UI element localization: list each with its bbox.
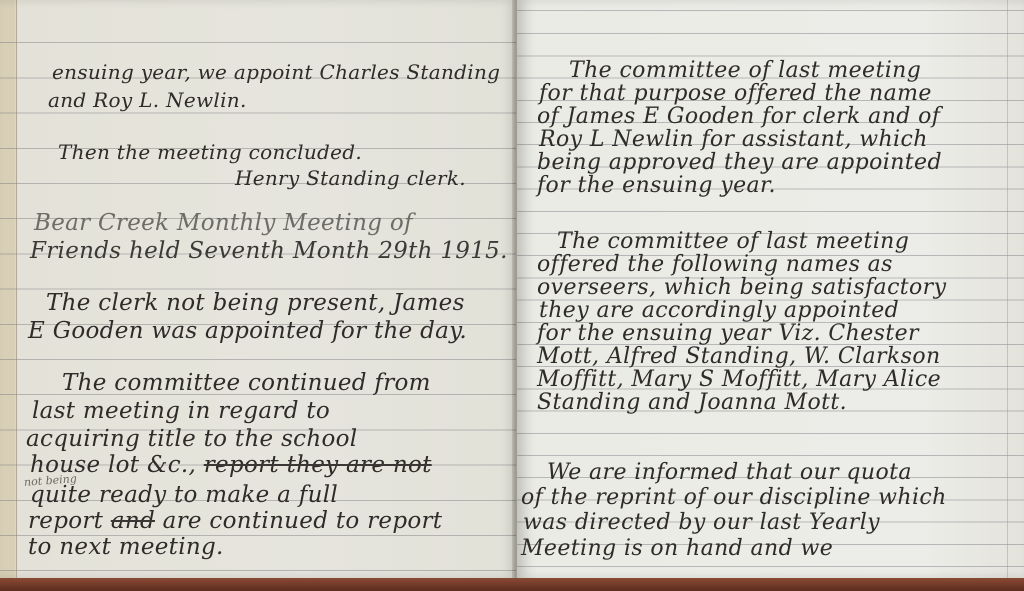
text-line: Moffitt, Mary S Moffitt, Mary Alice bbox=[537, 369, 941, 391]
text-line: to next meeting. bbox=[28, 536, 224, 559]
minute-book-spread: ensuing year, we appoint Charles Standin… bbox=[0, 0, 1024, 591]
text-line: for the ensuing year. bbox=[537, 175, 776, 197]
text-line: The committee of last meeting bbox=[557, 231, 909, 253]
text-fragment: report bbox=[28, 508, 111, 534]
text-line: We are informed that our quota bbox=[547, 462, 912, 484]
text-line-with-strike: house lot &c., report they are not bbox=[30, 454, 432, 477]
text-line: Then the meeting concluded. bbox=[58, 142, 362, 162]
text-line: The committee continued from bbox=[62, 372, 431, 395]
text-line: they are accordingly appointed bbox=[539, 300, 899, 322]
text-line: Roy L Newlin for assistant, which bbox=[539, 129, 928, 151]
text-line: for that purpose offered the name bbox=[539, 83, 932, 105]
text-line: overseers, which being satisfactory bbox=[537, 277, 946, 299]
text-line: and Roy L. Newlin. bbox=[48, 90, 247, 110]
text-line: The clerk not being present, James bbox=[46, 292, 465, 315]
meeting-date-heading: Friends held Seventh Month 29th 1915. bbox=[30, 240, 508, 263]
struck-text: report they are not bbox=[204, 452, 432, 478]
text-line: being approved they are appointed bbox=[537, 152, 942, 174]
text-line: was directed by our last Yearly bbox=[523, 512, 880, 534]
text-line: Meeting is on hand and we bbox=[521, 538, 833, 560]
text-line: of the reprint of our discipline which bbox=[521, 487, 947, 509]
left-page: ensuing year, we appoint Charles Standin… bbox=[0, 0, 516, 578]
text-line: The committee of last meeting bbox=[569, 60, 921, 82]
text-line: last meeting in regard to bbox=[32, 400, 330, 423]
text-fragment: are continued to report bbox=[155, 508, 442, 534]
book-cover-edge bbox=[0, 578, 1024, 591]
text-line: offered the following names as bbox=[537, 254, 893, 276]
text-line: Standing and Joanna Mott. bbox=[537, 392, 847, 414]
text-line: quite ready to make a full bbox=[30, 484, 338, 507]
text-line: acquiring title to the school bbox=[26, 428, 357, 451]
text-line: of James E Gooden for clerk and of bbox=[537, 106, 940, 128]
text-line: Mott, Alfred Standing, W. Clarkson bbox=[537, 346, 941, 368]
text-line: ensuing year, we appoint Charles Standin… bbox=[52, 62, 500, 82]
signature-line: Henry Standing clerk. bbox=[235, 168, 466, 188]
text-line-with-strike: report and are continued to report bbox=[28, 510, 442, 533]
right-page: The committee of last meeting for that p… bbox=[516, 0, 1024, 578]
text-line: E Gooden was appointed for the day. bbox=[28, 320, 467, 343]
struck-text: and bbox=[111, 508, 155, 534]
text-line: for the ensuing year Viz. Chester bbox=[537, 323, 919, 345]
meeting-heading: Bear Creek Monthly Meeting of bbox=[34, 212, 413, 235]
